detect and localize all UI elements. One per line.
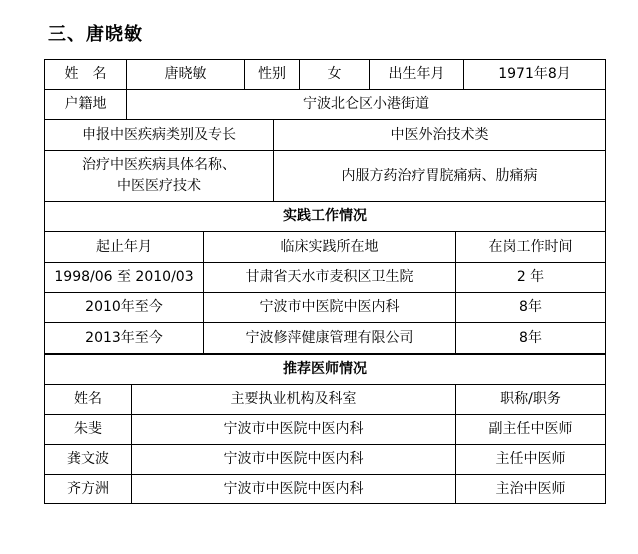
table-row: 1998/06 至 2010/03 甘肃省天水市麦积区卫生院 2 年 xyxy=(45,263,606,293)
location-cell: 甘肃省天水市麦积区卫生院 xyxy=(204,263,456,293)
title-cell: 主治中医师 xyxy=(456,475,606,504)
table-row: 朱斐 宁波市中医院中医内科 副主任中医师 xyxy=(45,415,606,445)
gender-value: 女 xyxy=(300,60,370,90)
location-cell: 宁波市中医院中医内科 xyxy=(204,293,456,323)
column-header: 在岗工作时间 xyxy=(456,232,606,263)
title-cell: 副主任中医师 xyxy=(456,415,606,445)
period-cell: 1998/06 至 2010/03 xyxy=(45,263,204,293)
birth-label: 出生年月 xyxy=(370,60,464,90)
institution-cell: 宁波市中医院中医内科 xyxy=(132,475,456,504)
table-header-row: 姓名 主要执业机构及科室 职称/职务 xyxy=(45,385,606,415)
table-row: 齐方洲 宁波市中医院中医内科 主治中医师 xyxy=(45,475,606,504)
table-row: 治疗中医疾病具体名称、 中医医疗技术 内服方药治疗胃脘痛病、肋痛病 xyxy=(45,151,606,202)
section-heading: 三、唐晓敏 xyxy=(48,20,143,46)
category-label: 申报中医疾病类别及专长 xyxy=(45,120,274,151)
duration-cell: 8年 xyxy=(456,323,606,354)
table-row: 实践工作情况 xyxy=(45,202,606,232)
table-row: 推荐医师情况 xyxy=(45,355,606,385)
doctor-name-cell: 齐方洲 xyxy=(45,475,132,504)
treatment-label-line1: 治疗中医疾病具体名称、 xyxy=(45,155,273,176)
duration-cell: 2 年 xyxy=(456,263,606,293)
table-row: 申报中医疾病类别及专长 中医外治技术类 xyxy=(45,120,606,151)
institution-cell: 宁波市中医院中医内科 xyxy=(132,445,456,475)
column-header: 姓名 xyxy=(45,385,132,415)
period-cell: 2010年至今 xyxy=(45,293,204,323)
table-header-row: 起止年月 临床实践所在地 在岗工作时间 xyxy=(45,232,606,263)
period-cell: 2013年至今 xyxy=(45,323,204,354)
hukou-label: 户籍地 xyxy=(45,90,127,120)
column-header: 临床实践所在地 xyxy=(204,232,456,263)
location-cell: 宁波修萍健康管理有限公司 xyxy=(204,323,456,354)
treatment-label: 治疗中医疾病具体名称、 中医医疗技术 xyxy=(45,151,274,202)
specialty-table: 申报中医疾病类别及专长 中医外治技术类 治疗中医疾病具体名称、 中医医疗技术 内… xyxy=(44,119,606,202)
column-header: 起止年月 xyxy=(45,232,204,263)
table-row: 龚文波 宁波市中医院中医内科 主任中医师 xyxy=(45,445,606,475)
hukou-value: 宁波北仑区小港街道 xyxy=(127,90,606,120)
recommenders-table: 推荐医师情况 姓名 主要执业机构及科室 职称/职务 朱斐 宁波市中医院中医内科 … xyxy=(44,354,606,504)
doctor-name-cell: 朱斐 xyxy=(45,415,132,445)
table-row: 2010年至今 宁波市中医院中医内科 8年 xyxy=(45,293,606,323)
table-row: 姓 名 唐晓敏 性别 女 出生年月 1971年8月 xyxy=(45,60,606,90)
practice-table: 实践工作情况 起止年月 临床实践所在地 在岗工作时间 1998/06 至 201… xyxy=(44,201,606,354)
institution-cell: 宁波市中医院中医内科 xyxy=(132,415,456,445)
duration-cell: 8年 xyxy=(456,293,606,323)
birth-value: 1971年8月 xyxy=(464,60,606,90)
treatment-label-line2: 中医医疗技术 xyxy=(45,176,273,197)
practice-section-title: 实践工作情况 xyxy=(45,202,606,232)
recommenders-section-title: 推荐医师情况 xyxy=(45,355,606,385)
treatment-value: 内服方药治疗胃脘痛病、肋痛病 xyxy=(274,151,606,202)
table-row: 2013年至今 宁波修萍健康管理有限公司 8年 xyxy=(45,323,606,354)
column-header: 职称/职务 xyxy=(456,385,606,415)
basic-info-table: 姓 名 唐晓敏 性别 女 出生年月 1971年8月 户籍地 宁波北仑区小港街道 xyxy=(44,59,606,120)
name-label: 姓 名 xyxy=(45,60,127,90)
title-cell: 主任中医师 xyxy=(456,445,606,475)
column-header: 主要执业机构及科室 xyxy=(132,385,456,415)
doctor-name-cell: 龚文波 xyxy=(45,445,132,475)
table-row: 户籍地 宁波北仑区小港街道 xyxy=(45,90,606,120)
category-value: 中医外治技术类 xyxy=(274,120,606,151)
gender-label: 性别 xyxy=(245,60,300,90)
name-value: 唐晓敏 xyxy=(127,60,245,90)
